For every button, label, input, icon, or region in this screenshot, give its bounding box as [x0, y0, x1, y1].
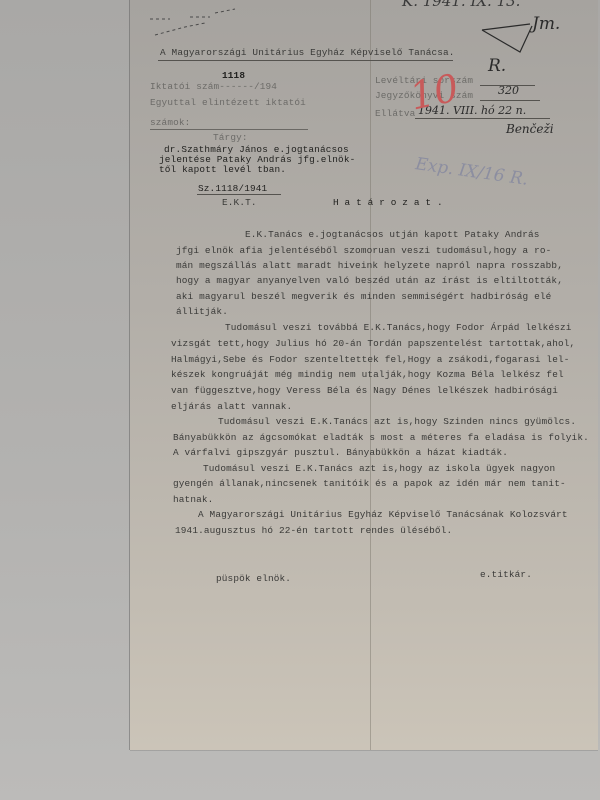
body-line: A Magyarországi Unitárius Egyház Képvise…	[198, 509, 568, 520]
top-handwritten-date: K. 1941. IX. 13.	[402, 0, 520, 10]
iktatoi-szam-value: 1118	[222, 70, 245, 81]
body-line: Halmágyi,Sebe és Fodor szenteltettek fel…	[171, 354, 570, 365]
subject-label: Tárgy:	[213, 132, 248, 143]
signature-left: püspök elnök.	[216, 573, 291, 584]
body-line: Tudomásul veszi E.K.Tanács azt is,hogy a…	[203, 463, 555, 474]
body-line: mán megszállás alatt maradt hiveink hely…	[176, 260, 563, 271]
body-line: aki magyarul beszél megverik és minden s…	[176, 291, 551, 302]
ekt-label: E.K.T.	[222, 197, 257, 208]
body-line: Tudomásul veszi E.K.Tanács azt is,hogy S…	[218, 416, 576, 427]
letterhead: A Magyarországi Unitárius Egyház Képvise…	[160, 47, 455, 58]
body-line: A várfalvi gipszgyár pusztul. Bányabükkö…	[173, 447, 508, 458]
reference-underline	[197, 194, 281, 195]
body-line: Bányabükkön az ágcsomókat eladták s most…	[173, 432, 589, 443]
body-line: jfgi elnök afia jelentéséből szomoruan v…	[176, 245, 551, 256]
leveltari-value: R.	[488, 56, 506, 76]
body-line: hogy a magyar anyanyelven való beszéd ut…	[176, 275, 563, 286]
body-line: hatnak.	[173, 494, 213, 505]
szamok-underline	[150, 129, 308, 130]
iktatoi-szam-label: Iktatói szám------/194	[150, 81, 277, 92]
jegyzokonyvi-value: 320	[498, 84, 519, 97]
body-line: 1941.augusztus hó 22-én tartott rendes ü…	[175, 525, 452, 536]
subject-line-3: től kapott levél tban.	[159, 164, 286, 175]
body-line: gyengén állanak,nincsenek tanitóik és a …	[173, 478, 566, 489]
document-title: H a t á r o z a t .	[333, 197, 443, 208]
jegyzokonyvi-underline	[480, 100, 540, 101]
scribble-mark-icon	[130, 5, 240, 40]
body-line: állitják.	[176, 306, 228, 317]
body-line: van függesztve,hogy Veress Béla és Nagy …	[171, 385, 558, 396]
letterhead-underline	[158, 60, 453, 61]
body-line: vizsgát tett,hogy Julius hó 20-án Tordán…	[171, 338, 575, 349]
ellatva-underline	[415, 118, 550, 119]
szamok-label: számok:	[150, 117, 190, 128]
handwritten-signature: Benčeži	[506, 122, 554, 136]
egyuttal-label: Egyuttal elintézett iktatói	[150, 97, 306, 108]
signature-flourish-icon	[480, 20, 550, 55]
reference-number: Sz.1118/1941	[198, 183, 267, 194]
body-line: eljárás alatt vannak.	[171, 401, 292, 412]
body-line: készek kongruáját még mindig nem utalják…	[171, 369, 564, 380]
body-line: E.K.Tanács e.jogtanácsos utján kapott Pa…	[245, 229, 540, 240]
ellatva-label: Ellátva	[375, 108, 415, 119]
signature-right: e.titkár.	[480, 569, 532, 580]
body-line: Tudomásul veszi továbbá E.K.Tanács,hogy …	[225, 322, 572, 333]
